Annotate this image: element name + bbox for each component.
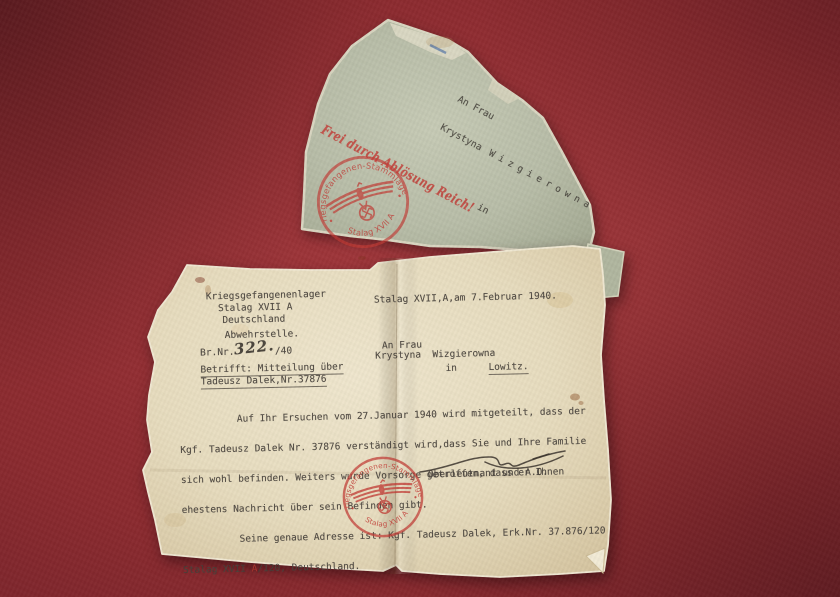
recipient-line3-prefix: in [445,364,457,374]
photo-of-documents-on-red-leather: An Frau KrystynaWizgierowna in L Frei du… [0,0,840,597]
subject-line2: Tadeusz Dalek,Nr.37876 [201,375,327,388]
sender-line3: Deutschland [222,315,285,326]
dateline: Stalag XVII,A,am 7.Februar 1940. [374,291,557,305]
handwritten-number: 322. [234,340,275,354]
reference-suffix: /40 [275,345,292,356]
body-last-line: Stalag XVII A/120, Deutschland. [183,556,606,576]
sender-line1: Kriegsgefangenenlager [206,290,326,303]
reference-number-line: Br.Nr.322./40 [200,343,292,358]
body-line: Auf Ihr Ersuchen vom 27.Januar 1940 wird… [180,406,603,426]
handwritten-signature [415,442,575,482]
camp-round-stamp-letter: Kriegsgefangenen-Stammlager Stalag XVII … [334,448,431,545]
stamp-dot-left [351,507,354,510]
reference-prefix: Br.Nr. [200,347,235,359]
red-typed-character: A [252,563,258,574]
sender-line2: Stalag XVII A [218,302,293,314]
recipient-line2: Krystyna Wizgierowna [375,349,495,362]
recipient-line3-town: Lowitz. [488,362,528,373]
